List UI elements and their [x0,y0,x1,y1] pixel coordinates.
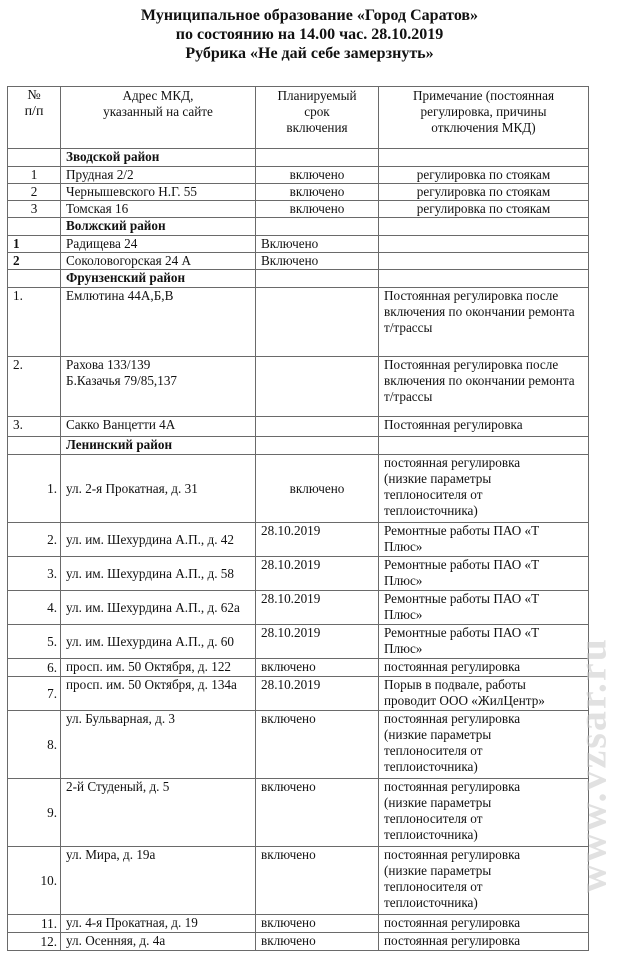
planned-date-cell: 28.10.2019 [256,523,379,557]
address-cell: Соколовогорская 24 А [61,253,256,270]
row-number: 1 [8,167,61,184]
address-cell: Радищева 24 [61,236,256,253]
address-cell: ул. 2-я Прокатная, д. 31 [61,455,256,523]
planned-date-cell: включено [256,915,379,933]
district-row: Волжский район [8,218,589,236]
address-cell: 2-й Студеный, д. 5 [61,779,256,847]
planned-date-cell: 28.10.2019 [256,557,379,591]
row-number: 5. [8,625,61,659]
district-name: Ленинский район [61,437,256,455]
table-row: 1.Емлютина 44А,Б,ВПостоянная регулировка… [8,288,589,357]
planned-date-cell: Включено [256,253,379,270]
planned-date-cell [256,270,379,288]
row-number [8,218,61,236]
planned-date-cell: включено [256,455,379,523]
address-cell: просп. им. 50 Октября, д. 122 [61,659,256,677]
row-number: 8. [8,711,61,779]
note-cell: Постоянная регулировка [379,417,589,437]
row-number: 3. [8,417,61,437]
planned-date-cell [256,149,379,167]
table-body: Зводской район1Прудная 2/2включенорегули… [8,149,589,951]
note-cell: Постоянная регулировка после включения п… [379,357,589,417]
row-number: 2. [8,523,61,557]
note-cell [379,270,589,288]
table-row: 1Прудная 2/2включенорегулировка по стояк… [8,167,589,184]
planned-date-cell: включено [256,201,379,218]
header-rubric: Рубрика «Не дай себе замерзнуть» [0,44,619,63]
table-row: 10.ул. Мира, д. 19авключенопостоянная ре… [8,847,589,915]
planned-date-cell: включено [256,167,379,184]
note-cell: постоянная регулировка(низкие параметрыт… [379,711,589,779]
note-cell: Постоянная регулировка после включения п… [379,288,589,357]
table-row: 1Радищева 24Включено [8,236,589,253]
row-number: 9. [8,779,61,847]
note-cell [379,437,589,455]
table-row: 3Томская 16включенорегулировка по стояка… [8,201,589,218]
column-header-note: Примечание (постояннаярегулировка, причи… [379,87,589,149]
district-row: Фрунзенский район [8,270,589,288]
row-number: 11. [8,915,61,933]
row-number: 2 [8,253,61,270]
table-row: 5.ул. им. Шехурдина А.П., д. 6028.10.201… [8,625,589,659]
row-number: 1. [8,288,61,357]
note-cell: постоянная регулировка [379,659,589,677]
address-cell: просп. им. 50 Октября, д. 134а [61,677,256,711]
row-number: 12. [8,933,61,951]
table-row: 2Соколовогорская 24 АВключено [8,253,589,270]
planned-date-cell: включено [256,779,379,847]
row-number [8,149,61,167]
note-cell: Ремонтные работы ПАО «ТПлюс» [379,557,589,591]
address-cell: ул. им. Шехурдина А.П., д. 58 [61,557,256,591]
address-cell: ул. 4-я Прокатная, д. 19 [61,915,256,933]
column-header-number: №п/п [8,87,61,149]
document-header: Муниципальное образование «Город Саратов… [0,6,619,63]
planned-date-cell: 28.10.2019 [256,591,379,625]
planned-date-cell: включено [256,847,379,915]
row-number: 3 [8,201,61,218]
planned-date-cell: 28.10.2019 [256,625,379,659]
district-row: Зводской район [8,149,589,167]
table-row: 12.ул. Осенняя, д. 4авключенопостоянная … [8,933,589,951]
note-cell: регулировка по стоякам [379,201,589,218]
planned-date-cell: 28.10.2019 [256,677,379,711]
planned-date-cell [256,417,379,437]
table-row: 2Чернышевского Н.Г. 55включенорегулировк… [8,184,589,201]
heating-status-table: №п/п Адрес МКД,указанный на сайте Планир… [7,86,589,951]
planned-date-cell: Включено [256,236,379,253]
planned-date-cell [256,218,379,236]
table-row: 11.ул. 4-я Прокатная, д. 19включенопосто… [8,915,589,933]
table-row: 4.ул. им. Шехурдина А.П., д. 62а28.10.20… [8,591,589,625]
row-number: 1. [8,455,61,523]
planned-date-cell [256,288,379,357]
address-cell: ул. им. Шехурдина А.П., д. 62а [61,591,256,625]
note-cell: регулировка по стоякам [379,167,589,184]
address-cell: Емлютина 44А,Б,В [61,288,256,357]
row-number [8,437,61,455]
column-header-address: Адрес МКД,указанный на сайте [61,87,256,149]
address-cell: ул. Осенняя, д. 4а [61,933,256,951]
district-name: Зводской район [61,149,256,167]
planned-date-cell: включено [256,933,379,951]
row-number [8,270,61,288]
table-row: 1.ул. 2-я Прокатная, д. 31включенопостоя… [8,455,589,523]
row-number: 1 [8,236,61,253]
address-cell: Сакко Ванцетти 4А [61,417,256,437]
table-row: 8.ул. Бульварная, д. 3включенопостоянная… [8,711,589,779]
address-cell: Томская 16 [61,201,256,218]
note-cell: постоянная регулировка(низкие параметрыт… [379,779,589,847]
note-cell [379,253,589,270]
address-cell: ул. Мира, д. 19а [61,847,256,915]
table-row: 3.ул. им. Шехурдина А.П., д. 5828.10.201… [8,557,589,591]
planned-date-cell: включено [256,659,379,677]
planned-date-cell [256,437,379,455]
row-number: 6. [8,659,61,677]
note-cell: регулировка по стоякам [379,184,589,201]
address-cell: Прудная 2/2 [61,167,256,184]
table-header-row: №п/п Адрес МКД,указанный на сайте Планир… [8,87,589,149]
note-cell: Порыв в подвале, работыпроводит ООО «Жил… [379,677,589,711]
address-cell: ул. Бульварная, д. 3 [61,711,256,779]
table-row: 2.ул. им. Шехурдина А.П., д. 4228.10.201… [8,523,589,557]
table-row: 7.просп. им. 50 Октября, д. 134а28.10.20… [8,677,589,711]
row-number: 10. [8,847,61,915]
note-cell [379,236,589,253]
note-cell: постоянная регулировка(низкие параметрыт… [379,847,589,915]
address-cell: Рахова 133/139Б.Казачья 79/85,137 [61,357,256,417]
row-number: 4. [8,591,61,625]
row-number: 2. [8,357,61,417]
header-title: Муниципальное образование «Город Саратов… [0,6,619,25]
note-cell [379,218,589,236]
table-row: 2.Рахова 133/139Б.Казачья 79/85,137Посто… [8,357,589,417]
address-cell: ул. им. Шехурдина А.П., д. 42 [61,523,256,557]
note-cell: Ремонтные работы ПАО «ТПлюс» [379,523,589,557]
address-cell: Чернышевского Н.Г. 55 [61,184,256,201]
note-cell: Ремонтные работы ПАО «ТПлюс» [379,625,589,659]
note-cell: Ремонтные работы ПАО «ТПлюс» [379,591,589,625]
row-number: 2 [8,184,61,201]
column-header-planned-date: Планируемыйсроквключения [256,87,379,149]
note-cell: постоянная регулировка [379,915,589,933]
row-number: 7. [8,677,61,711]
planned-date-cell: включено [256,711,379,779]
table-row: 6.просп. им. 50 Октября, д. 122включеноп… [8,659,589,677]
district-name: Фрунзенский район [61,270,256,288]
note-cell: постоянная регулировка(низкие параметрыт… [379,455,589,523]
district-row: Ленинский район [8,437,589,455]
table-row: 3.Сакко Ванцетти 4АПостоянная регулировк… [8,417,589,437]
note-cell: постоянная регулировка [379,933,589,951]
address-cell: ул. им. Шехурдина А.П., д. 60 [61,625,256,659]
planned-date-cell: включено [256,184,379,201]
note-cell [379,149,589,167]
table-row: 9.2-й Студеный, д. 5включенопостоянная р… [8,779,589,847]
row-number: 3. [8,557,61,591]
header-status-date: по состоянию на 14.00 час. 28.10.2019 [0,25,619,44]
planned-date-cell [256,357,379,417]
district-name: Волжский район [61,218,256,236]
